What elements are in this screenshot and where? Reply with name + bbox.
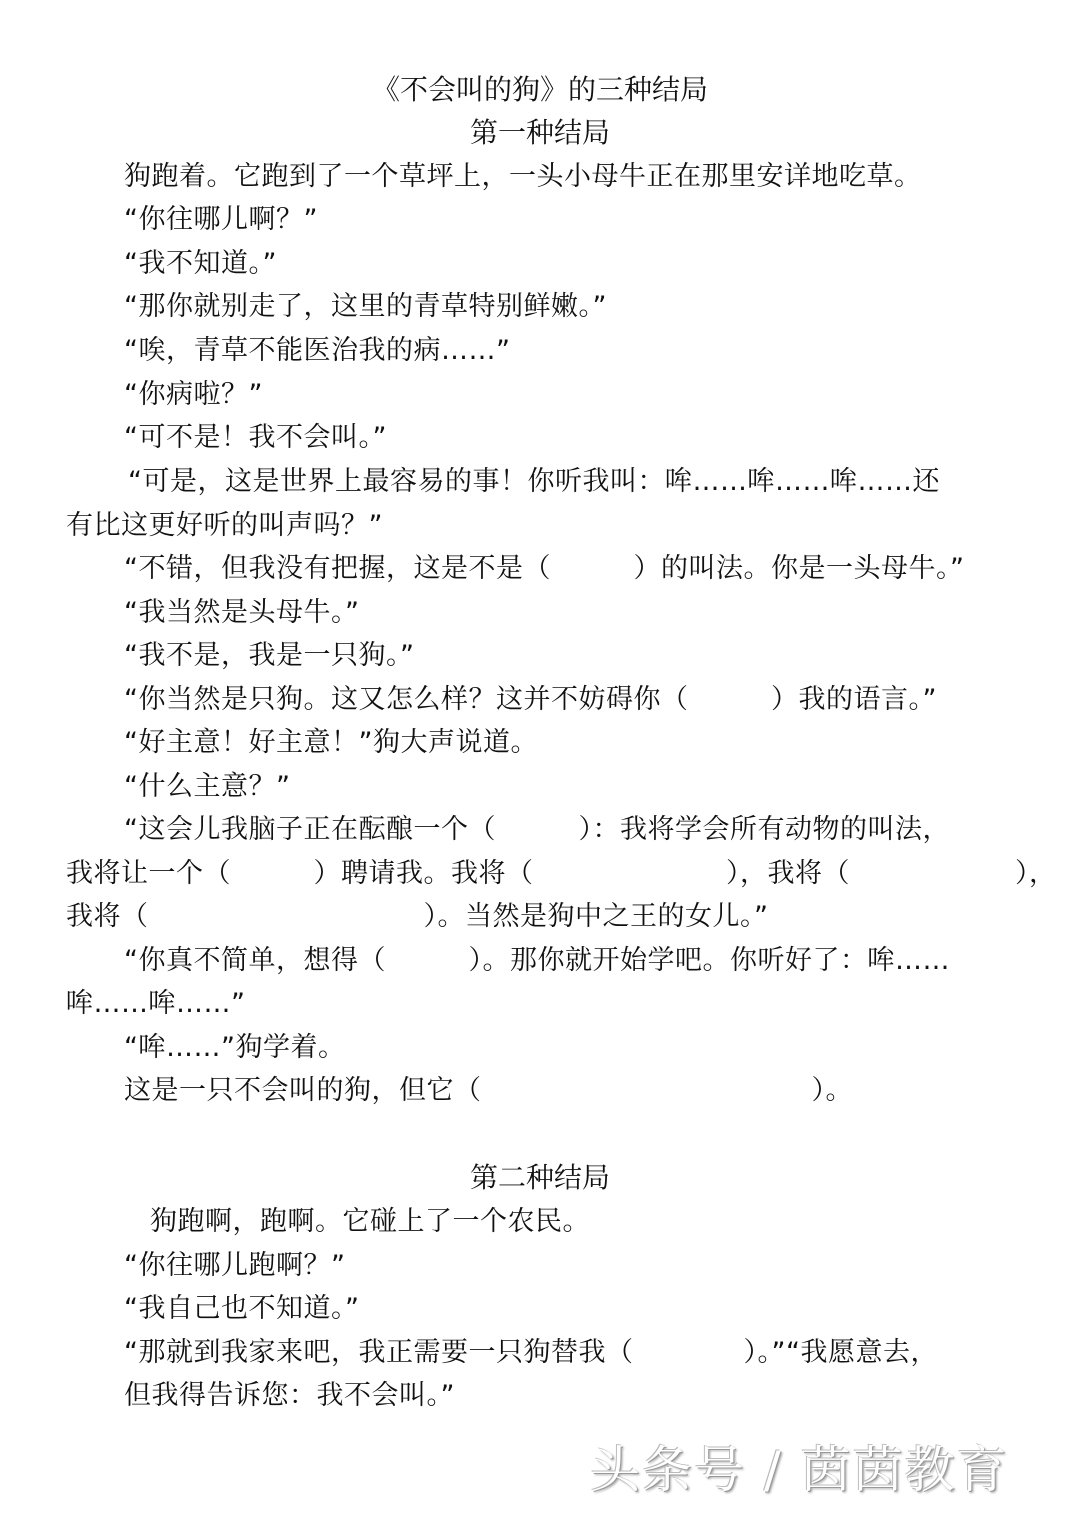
- paragraph-line: “那就到我家来吧，我正需要一只狗替我（ ）。”“我愿意去，: [124, 1333, 938, 1373]
- paragraph-line: “可不是！我不会叫。”: [124, 418, 387, 458]
- paragraph-line: “我自己也不知道。”: [124, 1289, 359, 1329]
- paragraph-line: “那你就别走了，这里的青草特别鲜嫩。”: [124, 287, 607, 327]
- paragraph-line: 这是一只不会叫的狗，但它（ ）。: [124, 1071, 853, 1111]
- section-heading-1: 第一种结局: [0, 113, 1080, 153]
- paragraph-line: 哞……哞……”: [66, 984, 246, 1024]
- paragraph-line: “你往哪儿跑啊？”: [124, 1246, 345, 1286]
- paragraph-line: “唉，青草不能医治我的病……”: [124, 331, 510, 371]
- section-heading-2: 第二种结局: [0, 1158, 1080, 1198]
- paragraph-line: “你真不简单，想得（ ）。那你就开始学吧。你听好了：哞……: [124, 941, 950, 981]
- paragraph-line: 有比这更好听的叫声吗？”: [66, 506, 383, 546]
- paragraph-line: 狗跑着。它跑到了一个草坪上，一头小母牛正在那里安详地吃草。: [124, 157, 922, 197]
- paragraph-line: 狗跑啊，跑啊。它碰上了一个农民。: [150, 1202, 590, 1242]
- watermark: 头条号 / 茵茵教育: [590, 1440, 1009, 1500]
- paragraph-line: “什么主意？”: [124, 767, 290, 807]
- paragraph-line: “好主意！好主意！”狗大声说道。: [124, 723, 538, 763]
- paragraph-line: 但我得告诉您：我不会叫。”: [124, 1376, 455, 1416]
- paragraph-line: “不错，但我没有把握，这是不是（ ）的叫法。你是一头母牛。”: [124, 549, 964, 589]
- paragraph-line: “可是，这是世界上最容易的事！你听我叫：哞……哞……哞……还: [128, 462, 940, 502]
- paragraph-line: “我不是，我是一只狗。”: [124, 636, 414, 676]
- paragraph-line: 我将（ ）。当然是狗中之王的女儿。”: [66, 897, 769, 937]
- paragraph-line: “你病啦？”: [124, 375, 263, 415]
- paragraph-line: “你往哪儿啊？”: [124, 200, 318, 240]
- paragraph-line: 我将让一个（ ）聘请我。我将（ ），我将（ ），: [66, 854, 1057, 894]
- paragraph-line: “我不知道。”: [124, 244, 277, 284]
- document-title: 《不会叫的狗》的三种结局: [0, 70, 1080, 110]
- paragraph-line: “我当然是头母牛。”: [124, 593, 359, 633]
- paragraph-line: “这会儿我脑子正在酝酿一个（ ）：我将学会所有动物的叫法，: [124, 810, 950, 850]
- paragraph-line: “哞……”狗学着。: [124, 1028, 345, 1068]
- paragraph-line: “你当然是只狗。这又怎么样？这并不妨碍你（ ）我的语言。”: [124, 680, 937, 720]
